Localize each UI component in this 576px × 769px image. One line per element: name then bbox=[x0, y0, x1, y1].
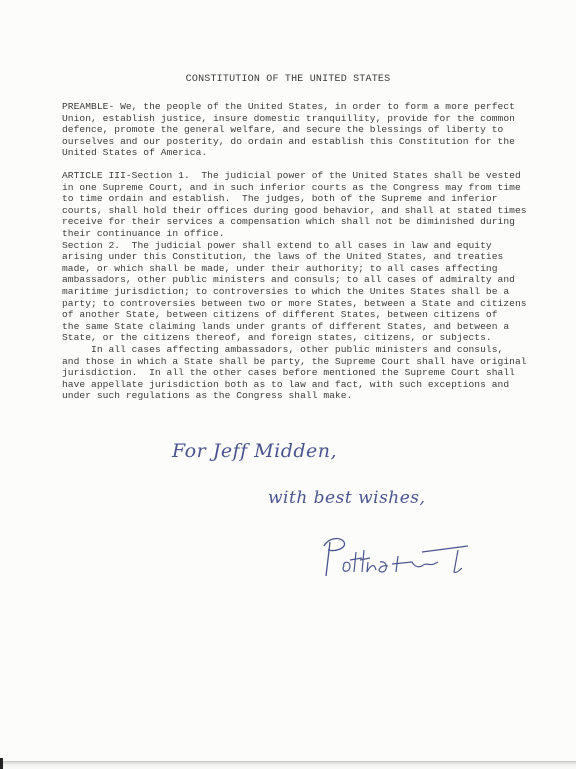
text-line: In all cases affecting ambassadors, othe… bbox=[62, 344, 562, 356]
text-line: United States of America. bbox=[62, 147, 562, 159]
text-line: courts, shall hold their offices during … bbox=[62, 205, 562, 217]
text-line: the same State claiming lands under gran… bbox=[62, 321, 562, 333]
text-line: ambassadors, other public ministers and … bbox=[62, 274, 562, 286]
signature: Potter Stewart bbox=[318, 532, 478, 582]
page-bottom-edge bbox=[0, 761, 576, 769]
inscription-line-1: For Jeff Midden, bbox=[172, 440, 337, 462]
text-line: to time ordain and establish. The judges… bbox=[62, 193, 562, 205]
text-line: under such regulations as the Congress s… bbox=[62, 390, 562, 402]
text-line: Union, establish justice, insure domesti… bbox=[62, 113, 562, 125]
text-line: jurisdiction. In all the other cases bef… bbox=[62, 367, 562, 379]
inscription-line-2: with best wishes, bbox=[268, 488, 425, 508]
article-three-text: ARTICLE III-Section 1. The judicial powe… bbox=[62, 170, 562, 402]
text-line: Section 2. The judicial power shall exte… bbox=[62, 240, 562, 252]
text-line: ARTICLE III-Section 1. The judicial powe… bbox=[62, 170, 562, 182]
text-line: made, or which shall be made, under thei… bbox=[62, 263, 562, 275]
text-line: ourselves and our posterity, do ordain a… bbox=[62, 136, 562, 148]
text-line: and those in which a State shall be part… bbox=[62, 356, 562, 368]
text-line: defence, promote the general welfare, an… bbox=[62, 124, 562, 136]
scan-edge-mark bbox=[0, 758, 3, 769]
text-line: maritime jurisdiction; to controversies … bbox=[62, 286, 562, 298]
text-line: party; to controversies between two or m… bbox=[62, 298, 562, 310]
preamble-paragraph: PREAMBLE- We, the people of the United S… bbox=[62, 101, 562, 159]
text-line: receive for their services a compensatio… bbox=[62, 216, 562, 228]
text-line: State, or the citizens thereof, and fore… bbox=[62, 332, 562, 344]
text-line: arising under this Constitution, the law… bbox=[62, 251, 562, 263]
document-title: CONSTITUTION OF THE UNITED STATES bbox=[0, 74, 576, 85]
text-line: of another State, between citizens of di… bbox=[62, 309, 562, 321]
document-page: CONSTITUTION OF THE UNITED STATES PREAMB… bbox=[0, 0, 576, 769]
text-line: PREAMBLE- We, the people of the United S… bbox=[62, 101, 562, 113]
text-line: their continuance in office. bbox=[62, 228, 562, 240]
text-line: have appellate jurisdiction both as to l… bbox=[62, 379, 562, 391]
text-line: in one Supreme Court, and in such inferi… bbox=[62, 182, 562, 194]
